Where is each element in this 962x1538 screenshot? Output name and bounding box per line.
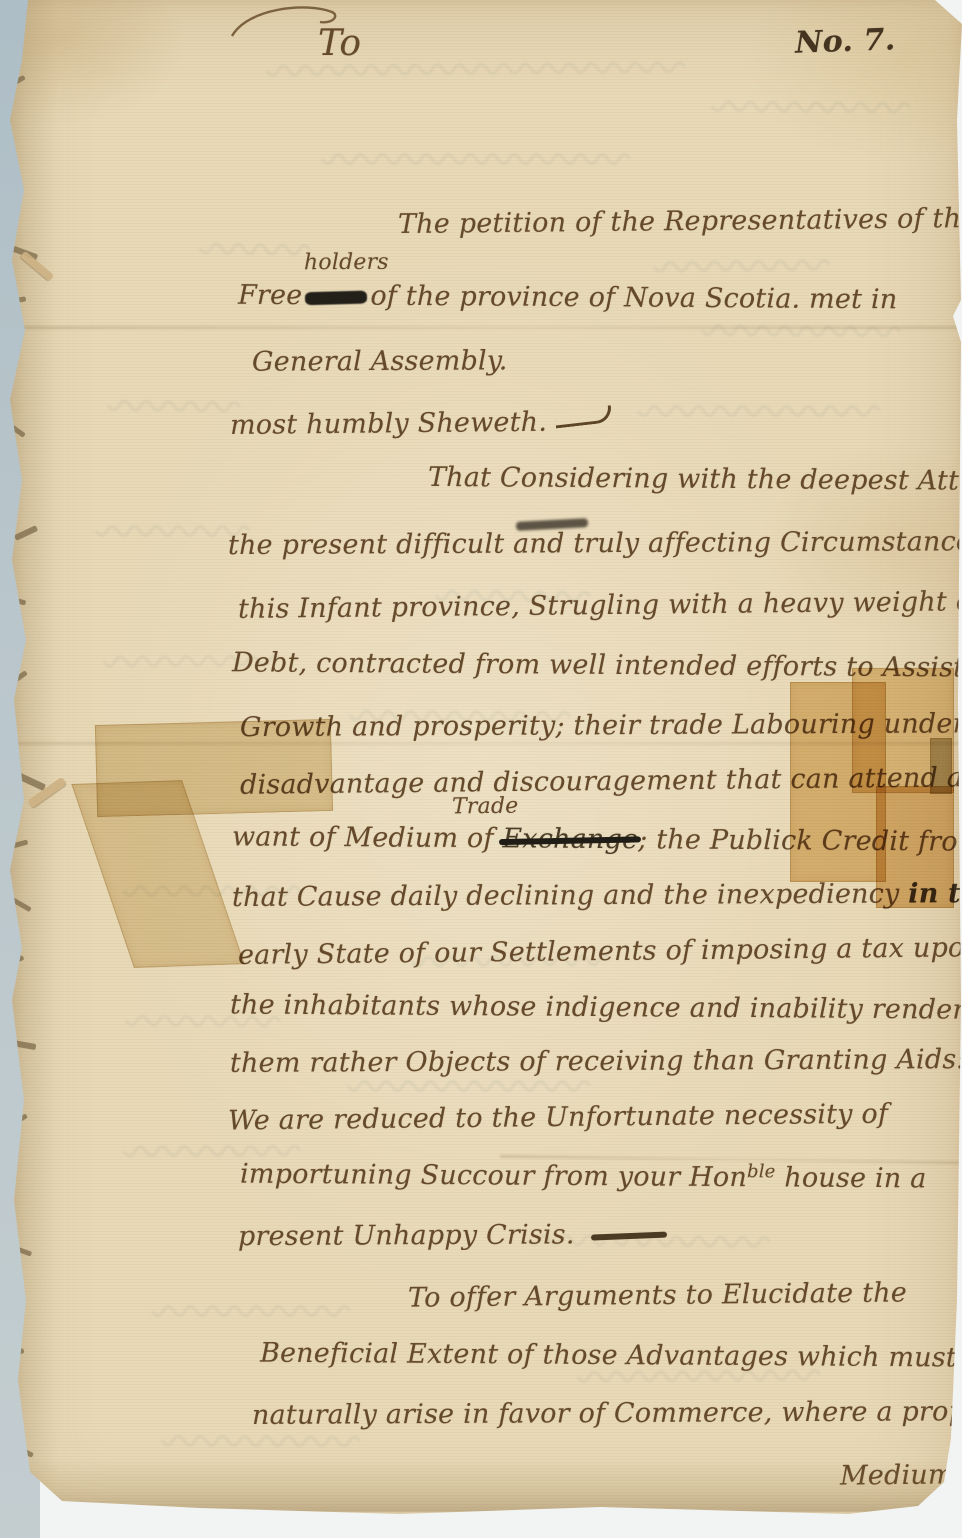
stitch-mark [14,525,38,541]
bleed-through-writing [300,148,630,170]
inserted-word-holders: holders [304,250,389,277]
bleed-through-writing [150,1300,350,1322]
ink-dash [591,1231,667,1240]
fold-crease [0,326,962,329]
salutation: To [318,22,361,65]
sheweth-line: most humbly Sheweth. [230,406,612,442]
body-line-15: them rather Objects of receiving than Gr… [230,1044,962,1080]
body-line-12: that Cause daily declining and the inexp… [232,878,962,914]
body-line-5: That Considering with the deepest Attent… [428,462,962,499]
petition-line-1: The petition of the Representatives of t… [398,203,962,241]
body-line-14: the inhabitants whose indigence and inab… [230,989,962,1027]
inserted-word-trade: Trade [452,794,519,821]
line-17-post: house in a [775,1162,926,1194]
inked-out-word [305,291,367,306]
line-17-superscript: ble [747,1161,776,1182]
petition-line-3: General Assembly. [252,345,508,379]
body-line-21: naturally arise in favor of Commerce, wh… [252,1396,962,1432]
bleed-through-writing [90,394,240,418]
ink-flourish-dash [554,405,613,428]
line-17-pre: importuning Succour from your Hon [240,1159,747,1194]
sheweth-text: most humbly Sheweth. [230,407,547,441]
struck-word-exchange: Exchange [502,823,638,855]
petition-line-2: Freeof the province of Nova Scotia. met … [238,280,898,317]
manuscript-page: To No. 7. The petition of the Representa… [0,0,962,1538]
bleed-through-writing [700,319,900,343]
body-line-17: importuning Succour from your Honble hou… [240,1158,927,1196]
body-line-19: To offer Arguments to Elucidate the [408,1277,907,1315]
bleed-through-writing [620,400,880,422]
catchword: Medium [840,1459,954,1493]
petition-line-2-pre: Free [238,280,303,311]
body-line-18: present Unhappy Crisis. [238,1219,667,1254]
bleed-through-writing [640,254,830,278]
bleed-through-writing [140,1429,360,1452]
body-line-7: this Infant province, Strugling with a h… [238,586,962,626]
body-line-16: We are reduced to the Unfortunate necess… [228,1099,888,1138]
bottom-fold-shade [0,1460,962,1512]
body-line-20: Beneficial Extent of those Advantages wh… [260,1338,957,1375]
tape-repair-right-dark [930,738,952,794]
body-line-6: the present difficult and truly affectin… [228,526,962,563]
bleed-through-writing [90,520,250,542]
document-number: No. 7. [794,22,896,61]
line-18-text: present Unhappy Crisis. [238,1219,575,1252]
line-11-pre: want of Medium of [232,821,503,854]
petition-line-2-post: of the province of Nova Scotia. met in [370,281,897,316]
tape-repair-right-c [876,786,954,908]
bleed-through-writing [690,95,910,119]
line-12-pre: that Cause daily declining and the inexp… [232,878,908,913]
body-line-13: early State of our Settlements of imposi… [238,932,962,972]
bleed-through-writing [180,237,310,261]
